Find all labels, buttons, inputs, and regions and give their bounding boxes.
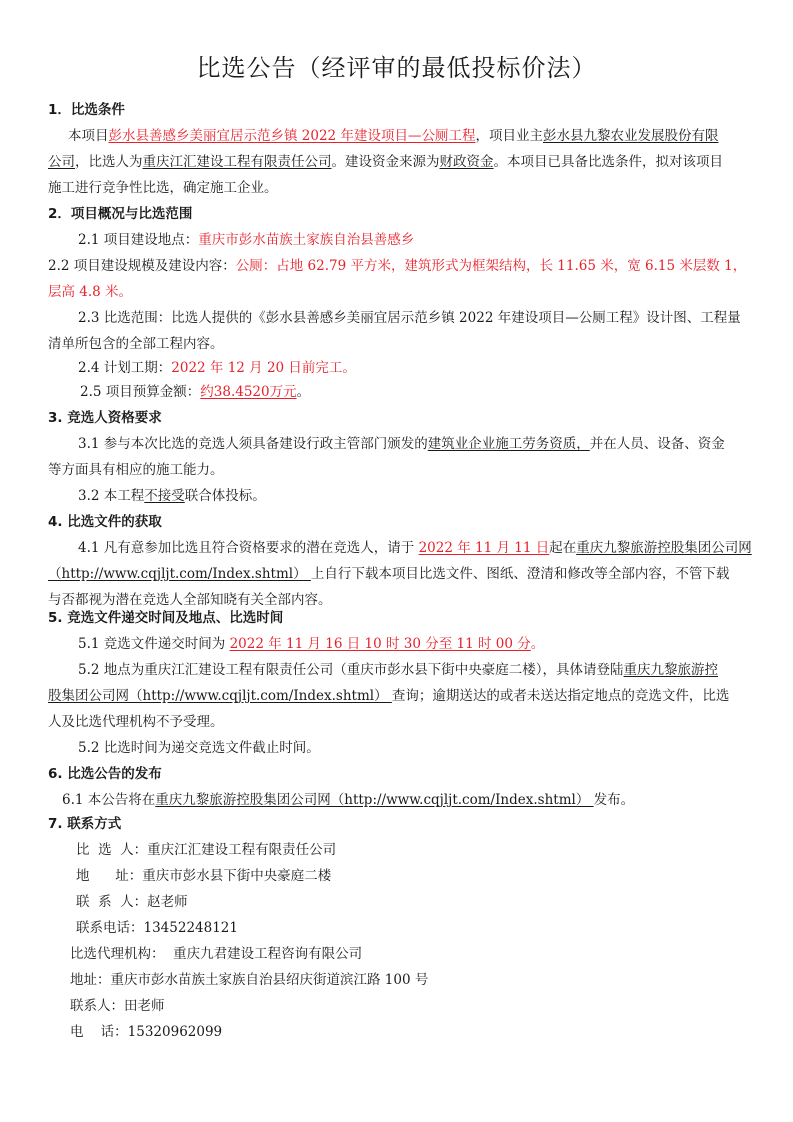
website-link[interactable]: 重庆九黎旅游控 <box>624 662 719 678</box>
website-link[interactable]: 重庆九黎旅游控股集团公司网 <box>576 540 752 556</box>
planned-schedule: 2022 年 12 月 20 日前完工。 <box>171 360 356 376</box>
website-url-link[interactable]: （http://www.cqjljt.com/Index.shtml） <box>48 566 311 582</box>
s2-item-5: 2.5 项目预算金额：约38.4520万元。 <box>52 384 780 400</box>
s3-item-1: 3.1 参与本次比选的竞选人须具备建设行政主管部门颁发的建筑业企业施工劳务资质，… <box>50 436 778 452</box>
text: 4.1 凡有意参加比选且符合资格要求的潜在竞选人，请于 <box>78 540 419 556</box>
selector-name: 重庆江汇建设工程有限责任公司 <box>143 154 332 170</box>
not-accepted: 不接受 <box>144 488 185 504</box>
text: 。 <box>531 636 545 652</box>
label: 5.1 竞选文件递交时间为 <box>78 636 230 652</box>
s6-item-1: 6.1 本公告将在重庆九黎旅游控股集团公司网（http://www.cqjljt… <box>62 792 762 808</box>
label: 2.2 项目建设规模及建设内容： <box>48 258 236 274</box>
text: 上自行下载本项目比选文件、图纸、澄清和修改等全部内容，不管下载 <box>311 566 730 582</box>
section-4-heading: 4. 比选文件的获取 <box>48 514 748 530</box>
text: 3.2 本工程 <box>78 488 144 504</box>
contact-address: 地 址：重庆市彭水县下街中央豪庭二楼 <box>76 868 776 884</box>
section-6-heading: 6. 比选公告的发布 <box>48 766 748 782</box>
s5-item-2-cont: 股集团公司网（http://www.cqjljt.com/Index.shtml… <box>48 688 748 704</box>
text: 6.1 本公告将在 <box>62 792 155 808</box>
s4-item-1-cont: （http://www.cqjljt.com/Index.shtml） 上自行下… <box>48 566 748 582</box>
fund-source: 财政资金 <box>440 154 494 170</box>
s4-item-1: 4.1 凡有意参加比选且符合资格要求的潜在竞选人，请于 2022 年 11 月 … <box>50 540 778 556</box>
download-start-date: 2022 年 11 月 11 日 <box>419 540 550 556</box>
label: 2.4 计划工期： <box>78 360 171 376</box>
owner-name-cont: 公司 <box>48 154 75 170</box>
website-url-link[interactable]: 股集团公司网（http://www.cqjljt.com/Index.shtml… <box>48 688 392 704</box>
text: 。 <box>297 384 311 400</box>
text: 5.2 地点为重庆江汇建设工程有限责任公司（重庆市彭水县下街中央豪庭二楼），具体… <box>78 662 624 678</box>
text: 并在人员、设备、资金 <box>590 436 725 452</box>
label: 2.5 项目预算金额： <box>80 384 200 400</box>
s2-item-2: 2.2 项目建设规模及建设内容：公厕：占地 62.79 平方米，建筑形式为框架结… <box>48 258 748 274</box>
section-2-heading: 2．项目概况与比选范围 <box>48 206 748 222</box>
agency-contact-person: 联系人：田老师 <box>70 998 770 1014</box>
s2-item-3-cont: 清单所包含的全部工程内容。 <box>48 336 748 352</box>
s5-item-2-cont2: 人及比选代理机构不予受理。 <box>48 714 748 730</box>
s5-item-2: 5.2 地点为重庆江汇建设工程有限责任公司（重庆市彭水县下街中央豪庭二楼），具体… <box>50 662 778 678</box>
s3-item-2: 3.2 本工程不接受联合体投标。 <box>50 488 778 504</box>
website-link[interactable]: 重庆九黎旅游控股集团公司网（http://www.cqjljt.com/Inde… <box>155 792 593 808</box>
s2-item-1: 2.1 项目建设地点：重庆市彭水苗族土家族自治县善感乡 <box>50 232 778 248</box>
text: 发布。 <box>594 792 635 808</box>
s2-item-2-cont: 层高 4.8 米。 <box>48 284 748 300</box>
construction-scale: 公厕：占地 62.79 平方米，建筑形式为框架结构，长 11.65 米，宽 6.… <box>236 258 746 274</box>
section-3-heading: 3. 竞选人资格要求 <box>48 410 748 426</box>
submission-time: 2022 年 11 月 16 日 10 时 30 分至 11 时 00 分 <box>230 636 531 652</box>
text: 3.1 参与本次比选的竞选人须具备建设行政主管部门颁发的 <box>78 436 428 452</box>
agency-name: 比选代理机构： 重庆九君建设工程咨询有限公司 <box>70 946 770 962</box>
contact-selector: 比 选 人：重庆江汇建设工程有限责任公司 <box>76 842 776 858</box>
s1-line-2: 公司，比选人为重庆江汇建设工程有限责任公司。建设资金来源为财政资金。本项目已具备… <box>48 154 748 170</box>
project-name: 彭水县善感乡美丽宜居示范乡镇 2022 年建设项目—公厕工程 <box>109 128 476 144</box>
qualification: 建筑业企业施工劳务资质， <box>428 436 590 452</box>
s4-item-1-cont2: 与否都视为潜在竞选人全部知晓有关全部内容。 <box>48 592 748 608</box>
s5-item-1: 5.1 竞选文件递交时间为 2022 年 11 月 16 日 10 时 30 分… <box>50 636 778 652</box>
s1-line-1: 本项目彭水县善感乡美丽宜居示范乡镇 2022 年建设项目—公厕工程，项目业主彭水… <box>40 128 768 144</box>
owner-name: 彭水县九黎农业发展股份有限 <box>543 128 719 144</box>
s2-item-3: 2.3 比选范围：比选人提供的《彭水县善感乡美丽宜居示范乡镇 2022 年建设项… <box>50 310 778 326</box>
label: 2.1 项目建设地点： <box>78 232 198 248</box>
text: 。建设资金来源为 <box>332 154 440 170</box>
page-title: 比选公告（经评审的最低投标价法） <box>0 48 793 83</box>
construction-location: 重庆市彭水苗族土家族自治县善感乡 <box>198 232 414 248</box>
text: 联合体投标。 <box>185 488 266 504</box>
text: 本项目 <box>68 128 109 144</box>
section-7-heading: 7. 联系方式 <box>48 816 748 832</box>
budget-amount: 约38.4520万元 <box>200 384 296 400</box>
text: 起在 <box>549 540 576 556</box>
section-1-heading: 1．比选条件 <box>48 102 748 118</box>
text: ，比选人为 <box>75 154 143 170</box>
s1-line-3: 施工进行竞争性比选，确定施工企业。 <box>48 180 748 196</box>
s2-item-4: 2.4 计划工期：2022 年 12 月 20 日前完工。 <box>50 360 778 376</box>
s3-item-1-cont: 等方面具有相应的施工能力。 <box>48 462 748 478</box>
contact-person: 联 系 人：赵老师 <box>76 894 776 910</box>
agency-phone: 电 话：15320962099 <box>70 1024 770 1040</box>
contact-phone: 联系电话：13452248121 <box>76 920 776 936</box>
text: 。本项目已具备比选条件，拟对该项目 <box>494 154 724 170</box>
text: 查询；逾期送达的或者未送达指定地点的竞选文件，比选 <box>392 688 730 704</box>
section-5-heading: 5. 竞选文件递交时间及地点、比选时间 <box>48 610 748 626</box>
agency-address: 地址：重庆市彭水苗族土家族自治县绍庆街道滨江路 100 号 <box>70 972 770 988</box>
s5-item-3: 5.2 比选时间为递交竞选文件截止时间。 <box>50 740 778 756</box>
text: ，项目业主 <box>475 128 543 144</box>
